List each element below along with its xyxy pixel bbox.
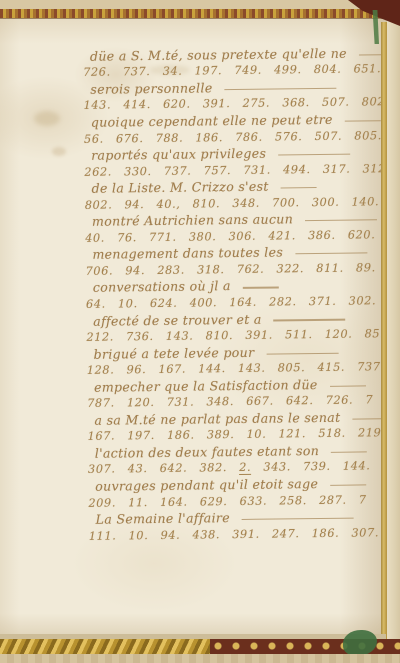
cipher-numbers: 40. 76. 771. 380. 306. 421. 386. 620.	[85, 228, 375, 245]
cipher-cleartext: empecher que la Satisfaction düe	[94, 377, 318, 395]
ink-dash	[243, 287, 279, 289]
book-edge-top	[0, 0, 400, 9]
ink-dash	[345, 120, 381, 122]
paper-stain	[52, 147, 66, 156]
cipher-numbers: 143. 414. 620. 391. 275. 368. 507. 802.	[83, 96, 389, 113]
ink-dash	[278, 154, 350, 156]
cipher-numbers: 209. 11. 164. 629. 633. 258. 287. 7	[88, 493, 366, 509]
ink-dash	[331, 451, 367, 453]
ink-dash	[305, 219, 377, 221]
cipher-numbers: 64. 10. 624. 400. 164. 282. 371. 302.	[86, 294, 376, 311]
cipher-cleartext: quoique cependant elle ne peut etre	[91, 112, 333, 130]
cipher-numbers: 167. 197. 186. 389. 10. 121. 518. 219.	[88, 427, 386, 444]
gilt-band-top	[0, 9, 400, 19]
cipher-cleartext: conversations où jl a	[93, 278, 231, 295]
cipher-numbers: 307. 43. 642. 382. 2. 343. 739. 144.	[88, 460, 371, 476]
cipher-cleartext: de la Liste. M. Crizzo s'est	[91, 179, 268, 196]
cipher-cleartext: affecté de se trouver et a	[93, 311, 262, 328]
ink-dash	[281, 187, 317, 189]
cipher-cleartext: La Semaine l'affaire	[96, 510, 231, 527]
gilt-band-bottom	[0, 639, 210, 654]
cipher-numbers: 128. 96. 167. 144. 143. 805. 415. 737. 7	[87, 360, 389, 377]
paper-stain	[34, 111, 60, 126]
book-edge-bottom	[0, 654, 400, 663]
cipher-numbers: 706. 94. 283. 318. 762. 322. 811. 89.	[86, 261, 376, 278]
ink-dash	[274, 319, 346, 321]
ink-dash	[295, 253, 367, 255]
ink-dash	[242, 518, 354, 521]
ink-dash	[266, 352, 338, 354]
cipher-cleartext: brigué a tete levée pour	[94, 344, 255, 361]
cipher-cleartext: raportés qu'aux privileges	[91, 146, 266, 163]
cipher-cleartext: montré Autrichien sans aucun	[92, 212, 293, 229]
cipher-cleartext: ouvrages pendant qu'il etoit sage	[95, 476, 318, 494]
manuscript-lines: düe a S. M.té, sous pretexte qu'elle ne7…	[83, 44, 389, 563]
cipher-cleartext: serois personnelle	[90, 80, 212, 96]
ink-dash	[225, 88, 337, 91]
manuscript-photo: düe a S. M.té, sous pretexte qu'elle ne7…	[0, 0, 400, 663]
cipher-numbers: 262. 330. 737. 757. 731. 494. 317. 312.	[84, 162, 389, 179]
cipher-cleartext: menagement dans toutes les	[92, 245, 283, 262]
cipher-numbers: 802. 94. 40., 810. 348. 700. 300. 140. 1…	[85, 194, 389, 211]
ink-dash	[359, 54, 383, 55]
cipher-numbers: 56. 676. 788. 186. 786. 576. 507. 805.	[84, 129, 382, 146]
stacked-page-edges	[387, 12, 400, 642]
ink-dash	[330, 484, 366, 486]
cipher-cleartext: düe a S. M.té, sous pretexte qu'elle ne	[90, 45, 347, 63]
cipher-cleartext: l'action des deux fautes etant son	[95, 443, 320, 461]
cipher-numbers: 111. 10. 94. 438. 391. 247. 186. 307.	[89, 526, 379, 543]
manuscript-number-line: 111. 10. 94. 438. 391. 247. 186. 307.	[89, 524, 389, 544]
ink-dash	[330, 385, 366, 387]
cipher-numbers: 212. 736. 143. 810. 391. 511. 120. 85. 6	[86, 327, 389, 344]
cipher-numbers: 787. 120. 731. 348. 667. 642. 726. 7	[87, 394, 373, 410]
cipher-numbers: 726. 737. 34. 197. 749. 499. 804. 651.	[83, 63, 381, 80]
cipher-cleartext: a sa M.té ne parlat pas dans le senat	[94, 410, 340, 428]
